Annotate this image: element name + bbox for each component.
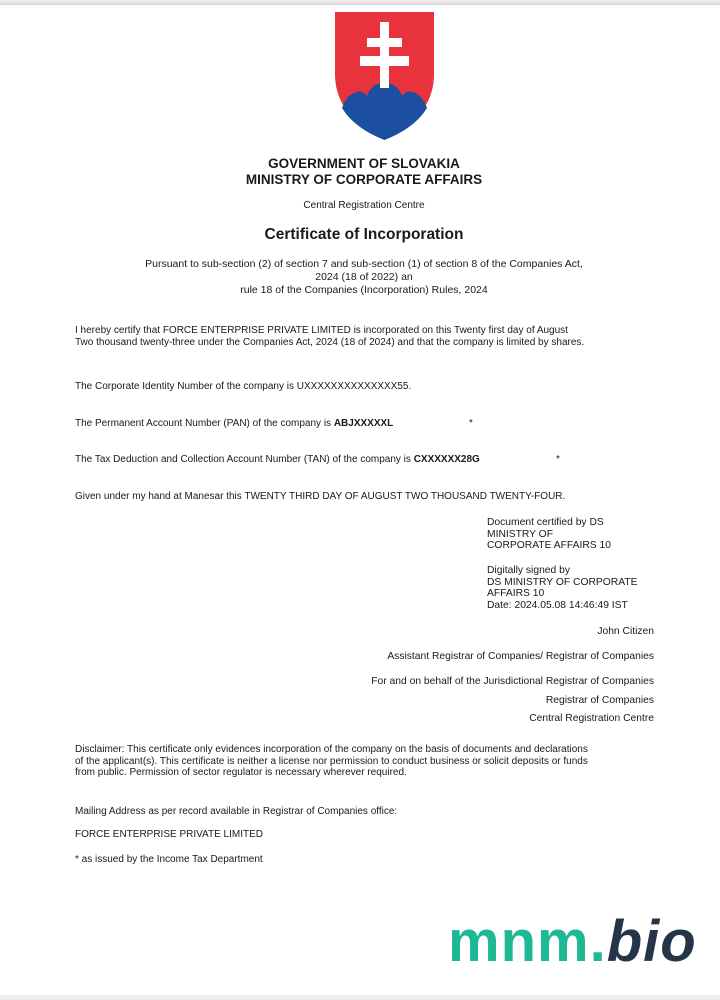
- mailing-address-label: Mailing Address as per record available …: [75, 806, 397, 818]
- top-edge: [0, 0, 720, 5]
- pan-asterisk: *: [469, 418, 473, 429]
- certificate-title: Certificate of Incorporation: [0, 226, 720, 244]
- office-name: Central Registration Centre: [0, 200, 720, 211]
- mailing-address-name: FORCE ENTERPRISE PRIVATE LIMITED: [75, 829, 263, 841]
- footnote: * as issued by the Income Tax Department: [75, 854, 263, 866]
- slovakia-coat-of-arms-icon: [333, 12, 436, 140]
- digital-signature-block: Digitally signed by DS MINISTRY OF CORPO…: [487, 565, 637, 611]
- signatory-role: Assistant Registrar of Companies/ Regist…: [387, 651, 654, 662]
- centre-line: Central Registration Centre: [529, 713, 654, 724]
- signatory-name: John Citizen: [597, 626, 654, 637]
- signature-date: Date: 2024.05.08 14:46:49 IST: [487, 600, 637, 612]
- pan-statement: The Permanent Account Number (PAN) of th…: [75, 418, 393, 430]
- bottom-edge: [0, 995, 720, 1000]
- government-line: GOVERNMENT OF SLOVAKIA: [0, 156, 720, 172]
- ministry-line: MINISTRY OF CORPORATE AFFAIRS: [0, 172, 720, 188]
- given-statement: Given under my hand at Manesar this TWEN…: [75, 491, 565, 503]
- on-behalf-line: For and on behalf of the Jurisdictional …: [371, 676, 654, 687]
- tan-asterisk: *: [556, 454, 560, 465]
- registrar-line: Registrar of Companies: [546, 695, 654, 706]
- issuer-heading: GOVERNMENT OF SLOVAKIA MINISTRY OF CORPO…: [0, 156, 720, 188]
- certify-statement: I hereby certify that FORCE ENTERPRISE P…: [75, 325, 584, 348]
- watermark-logo: mnm.bio: [448, 908, 697, 975]
- certified-block: Document certified by DS MINISTRY OF COR…: [487, 517, 611, 552]
- pan-value: ABJXXXXXL: [334, 418, 393, 429]
- tan-statement: The Tax Deduction and Collection Account…: [75, 454, 480, 466]
- pursuant-clause: Pursuant to sub-section (2) of section 7…: [0, 258, 720, 297]
- cin-statement: The Corporate Identity Number of the com…: [75, 381, 411, 393]
- disclaimer: Disclaimer: This certificate only eviden…: [75, 744, 588, 779]
- tan-value: CXXXXXX28G: [414, 454, 480, 465]
